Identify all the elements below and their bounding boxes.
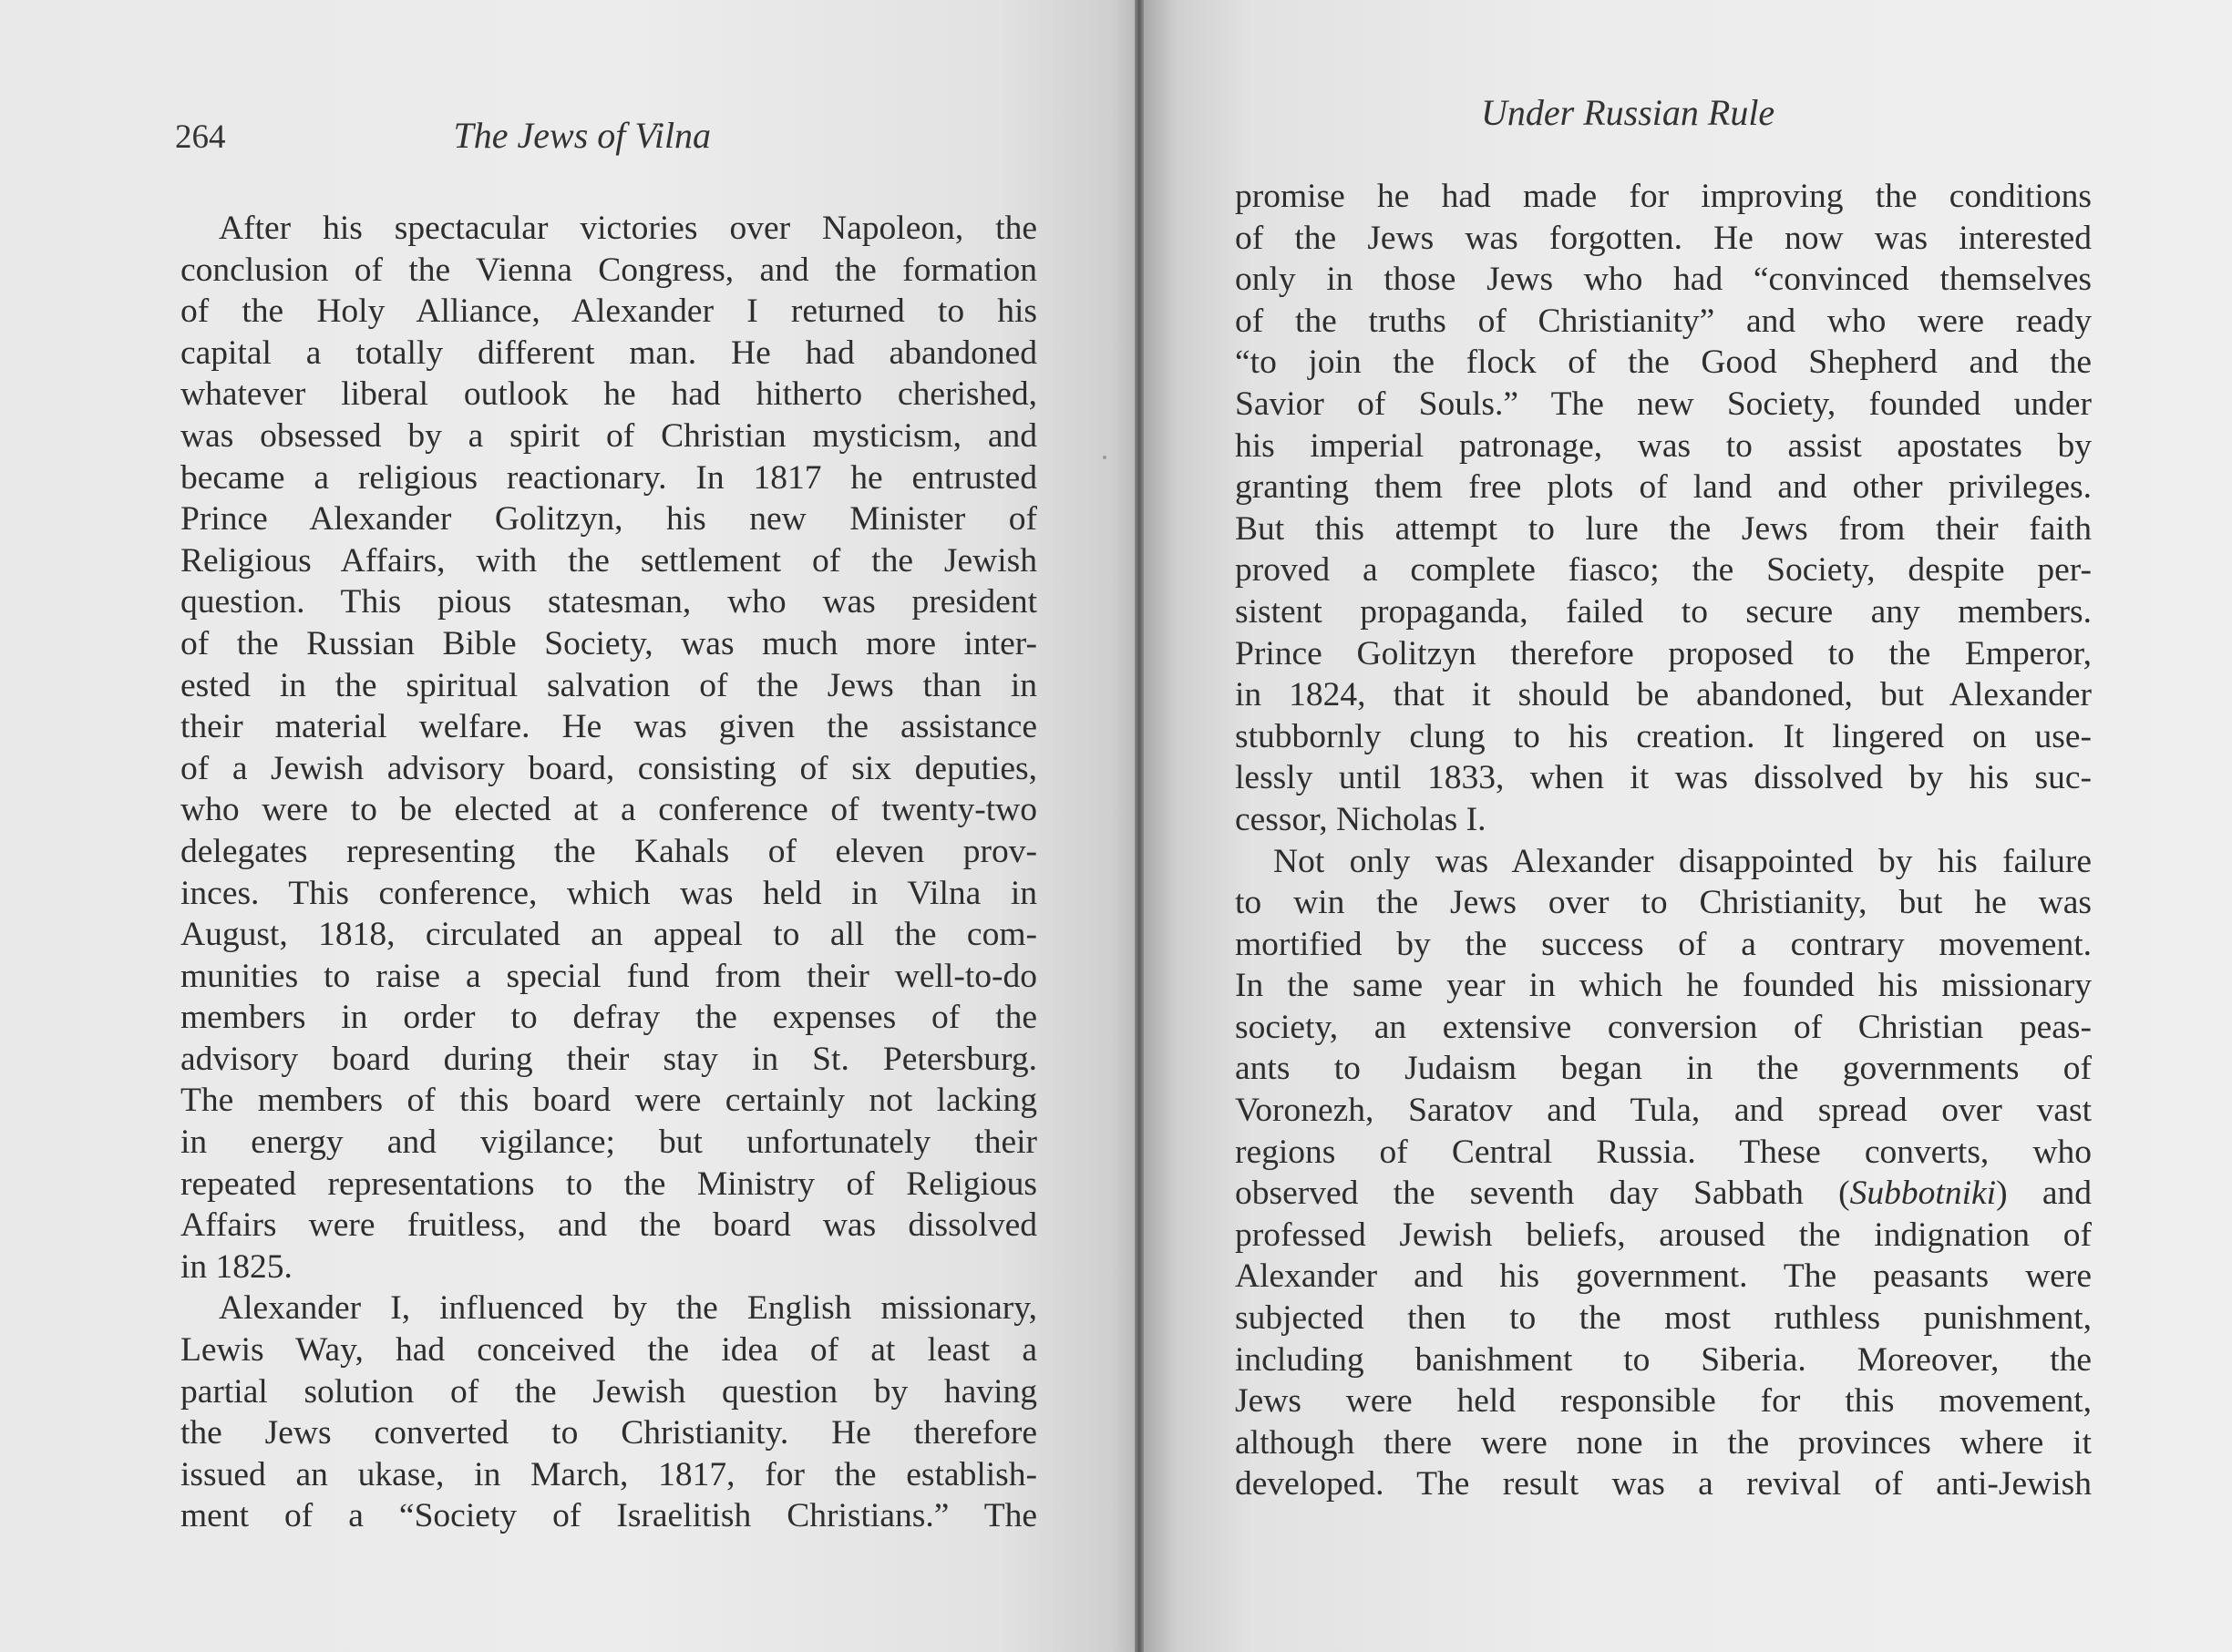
right-page: Under Russian Rule 265 promise he had ma… xyxy=(1144,0,2232,1652)
text-line: society, an extensive conversion of Chri… xyxy=(1235,1007,2092,1049)
text-line: “to join the flock of the Good Shepherd … xyxy=(1235,342,2092,384)
text-line: Voronezh, Saratov and Tula, and spread o… xyxy=(1235,1090,2092,1132)
text-line: advisory board during their stay in St. … xyxy=(180,1039,1037,1081)
text-line: August, 1818, circulated an appeal to al… xyxy=(180,914,1037,956)
text-line: developed. The result was a revival of a… xyxy=(1235,1463,2092,1505)
paragraph: promise he had made for improving the co… xyxy=(1235,176,2092,841)
text-line: Religious Affairs, with the settlement o… xyxy=(180,540,1037,582)
text-line: observed the seventh day Sabbath (Subbot… xyxy=(1235,1173,2092,1215)
text-line: the Jews converted to Christianity. He t… xyxy=(180,1412,1037,1454)
text-line: regions of Central Russia. These convert… xyxy=(1235,1132,2092,1174)
text-line: ested in the spiritual salvation of the … xyxy=(180,665,1037,707)
paragraph: Alexander I, influenced by the English m… xyxy=(180,1288,1037,1537)
text-line: in 1824, that it should be abandoned, bu… xyxy=(1235,674,2092,716)
text-line: professed Jewish beliefs, aroused the in… xyxy=(1235,1215,2092,1257)
text-line: capital a totally different man. He had … xyxy=(180,333,1037,375)
right-running-title: Under Russian Rule xyxy=(1481,91,1774,134)
text-line: Affairs were fruitless, and the board wa… xyxy=(180,1205,1037,1247)
paragraph: After his spectacular victories over Nap… xyxy=(180,208,1037,1288)
text-line: But this attempt to lure the Jews from t… xyxy=(1235,508,2092,550)
text-line: question. This pious statesman, who was … xyxy=(180,581,1037,623)
text-line: of the Holy Alliance, Alexander I return… xyxy=(180,291,1037,333)
right-body-text: promise he had made for improving the co… xyxy=(1235,176,2092,1505)
text-line: conclusion of the Vienna Congress, and t… xyxy=(180,250,1037,292)
left-body-text: After his spectacular victories over Nap… xyxy=(180,208,1037,1537)
text-line: in 1825. xyxy=(180,1247,1037,1288)
text-line: The members of this board were certainly… xyxy=(180,1080,1037,1122)
text-line: mortified by the success of a contrary m… xyxy=(1235,924,2092,966)
text-line: stubbornly clung to his creation. It lin… xyxy=(1235,716,2092,758)
text-line: their material welfare. He was given the… xyxy=(180,706,1037,748)
text-line: proved a complete fiasco; the Society, d… xyxy=(1235,549,2092,591)
text-line: Lewis Way, had conceived the idea of at … xyxy=(180,1329,1037,1371)
text-line: After his spectacular victories over Nap… xyxy=(180,208,1037,250)
text-line: issued an ukase, in March, 1817, for the… xyxy=(180,1454,1037,1496)
text-line: Savior of Souls.” The new Society, found… xyxy=(1235,384,2092,426)
text-line: promise he had made for improving the co… xyxy=(1235,176,2092,218)
text-line: to win the Jews over to Christianity, bu… xyxy=(1235,882,2092,924)
text-line: although there were none in the province… xyxy=(1235,1422,2092,1464)
text-line: Prince Golitzyn therefore proposed to th… xyxy=(1235,633,2092,675)
text-line: cessor, Nicholas I. xyxy=(1235,799,2092,841)
text-line: who were to be elected at a conference o… xyxy=(180,789,1037,831)
text-line: of the truths of Christianity” and who w… xyxy=(1235,301,2092,343)
text-line: members in order to defray the expenses … xyxy=(180,997,1037,1039)
text-line: including banishment to Siberia. Moreove… xyxy=(1235,1339,2092,1381)
text-line: munities to raise a special fund from th… xyxy=(180,956,1037,998)
text-line: inces. This conference, which was held i… xyxy=(180,873,1037,915)
text-line: sistent propaganda, failed to secure any… xyxy=(1235,591,2092,633)
text-line: In the same year in which he founded his… xyxy=(1235,965,2092,1007)
text-line: Alexander and his government. The peasan… xyxy=(1235,1256,2092,1298)
text-line: Alexander I, influenced by the English m… xyxy=(180,1288,1037,1329)
left-running-head: 264 The Jews of Vilna xyxy=(175,114,1032,157)
book-spine xyxy=(1135,0,1144,1652)
text-line: of the Russian Bible Society, was much m… xyxy=(180,623,1037,665)
text-line: partial solution of the Jewish question … xyxy=(180,1371,1037,1413)
text-line: became a religious reactionary. In 1817 … xyxy=(180,457,1037,499)
text-line: Jews were held responsible for this move… xyxy=(1235,1380,2092,1422)
italic-term: Subbotniki xyxy=(1850,1175,1996,1212)
paragraph: Not only was Alexander disappointed by h… xyxy=(1235,841,2092,1506)
left-page-number: 264 xyxy=(175,118,226,157)
left-page: 264 The Jews of Vilna After his spectacu… xyxy=(0,0,1135,1652)
paper-speck xyxy=(1103,456,1106,459)
text-line: was obsessed by a spirit of Christian my… xyxy=(180,416,1037,457)
text-line: of the Jews was forgotten. He now was in… xyxy=(1235,218,2092,260)
text-line: Prince Alexander Golitzyn, his new Minis… xyxy=(180,498,1037,540)
text-line: subjected then to the most ruthless puni… xyxy=(1235,1298,2092,1339)
text-line: repeated representations to the Ministry… xyxy=(180,1164,1037,1206)
text-line: ment of a “Society of Israelitish Christ… xyxy=(180,1495,1037,1537)
text-line: in energy and vigilance; but unfortunate… xyxy=(180,1122,1037,1164)
text-line: delegates representing the Kahals of ele… xyxy=(180,831,1037,873)
text-line: only in those Jews who had “convinced th… xyxy=(1235,259,2092,301)
right-running-head: Under Russian Rule 265 xyxy=(1481,91,2232,134)
book-spread: 264 The Jews of Vilna After his spectacu… xyxy=(0,0,2232,1652)
left-running-title: The Jews of Vilna xyxy=(454,114,712,157)
text-line: granting them free plots of land and oth… xyxy=(1235,467,2092,508)
text-line: of a Jewish advisory board, consisting o… xyxy=(180,748,1037,790)
text-line: his imperial patronage, was to assist ap… xyxy=(1235,426,2092,467)
text-line: Not only was Alexander disappointed by h… xyxy=(1235,841,2092,883)
text-line: lessly until 1833, when it was dissolved… xyxy=(1235,757,2092,799)
text-line: ants to Judaism began in the governments… xyxy=(1235,1048,2092,1090)
text-line: whatever liberal outlook he had hitherto… xyxy=(180,374,1037,416)
